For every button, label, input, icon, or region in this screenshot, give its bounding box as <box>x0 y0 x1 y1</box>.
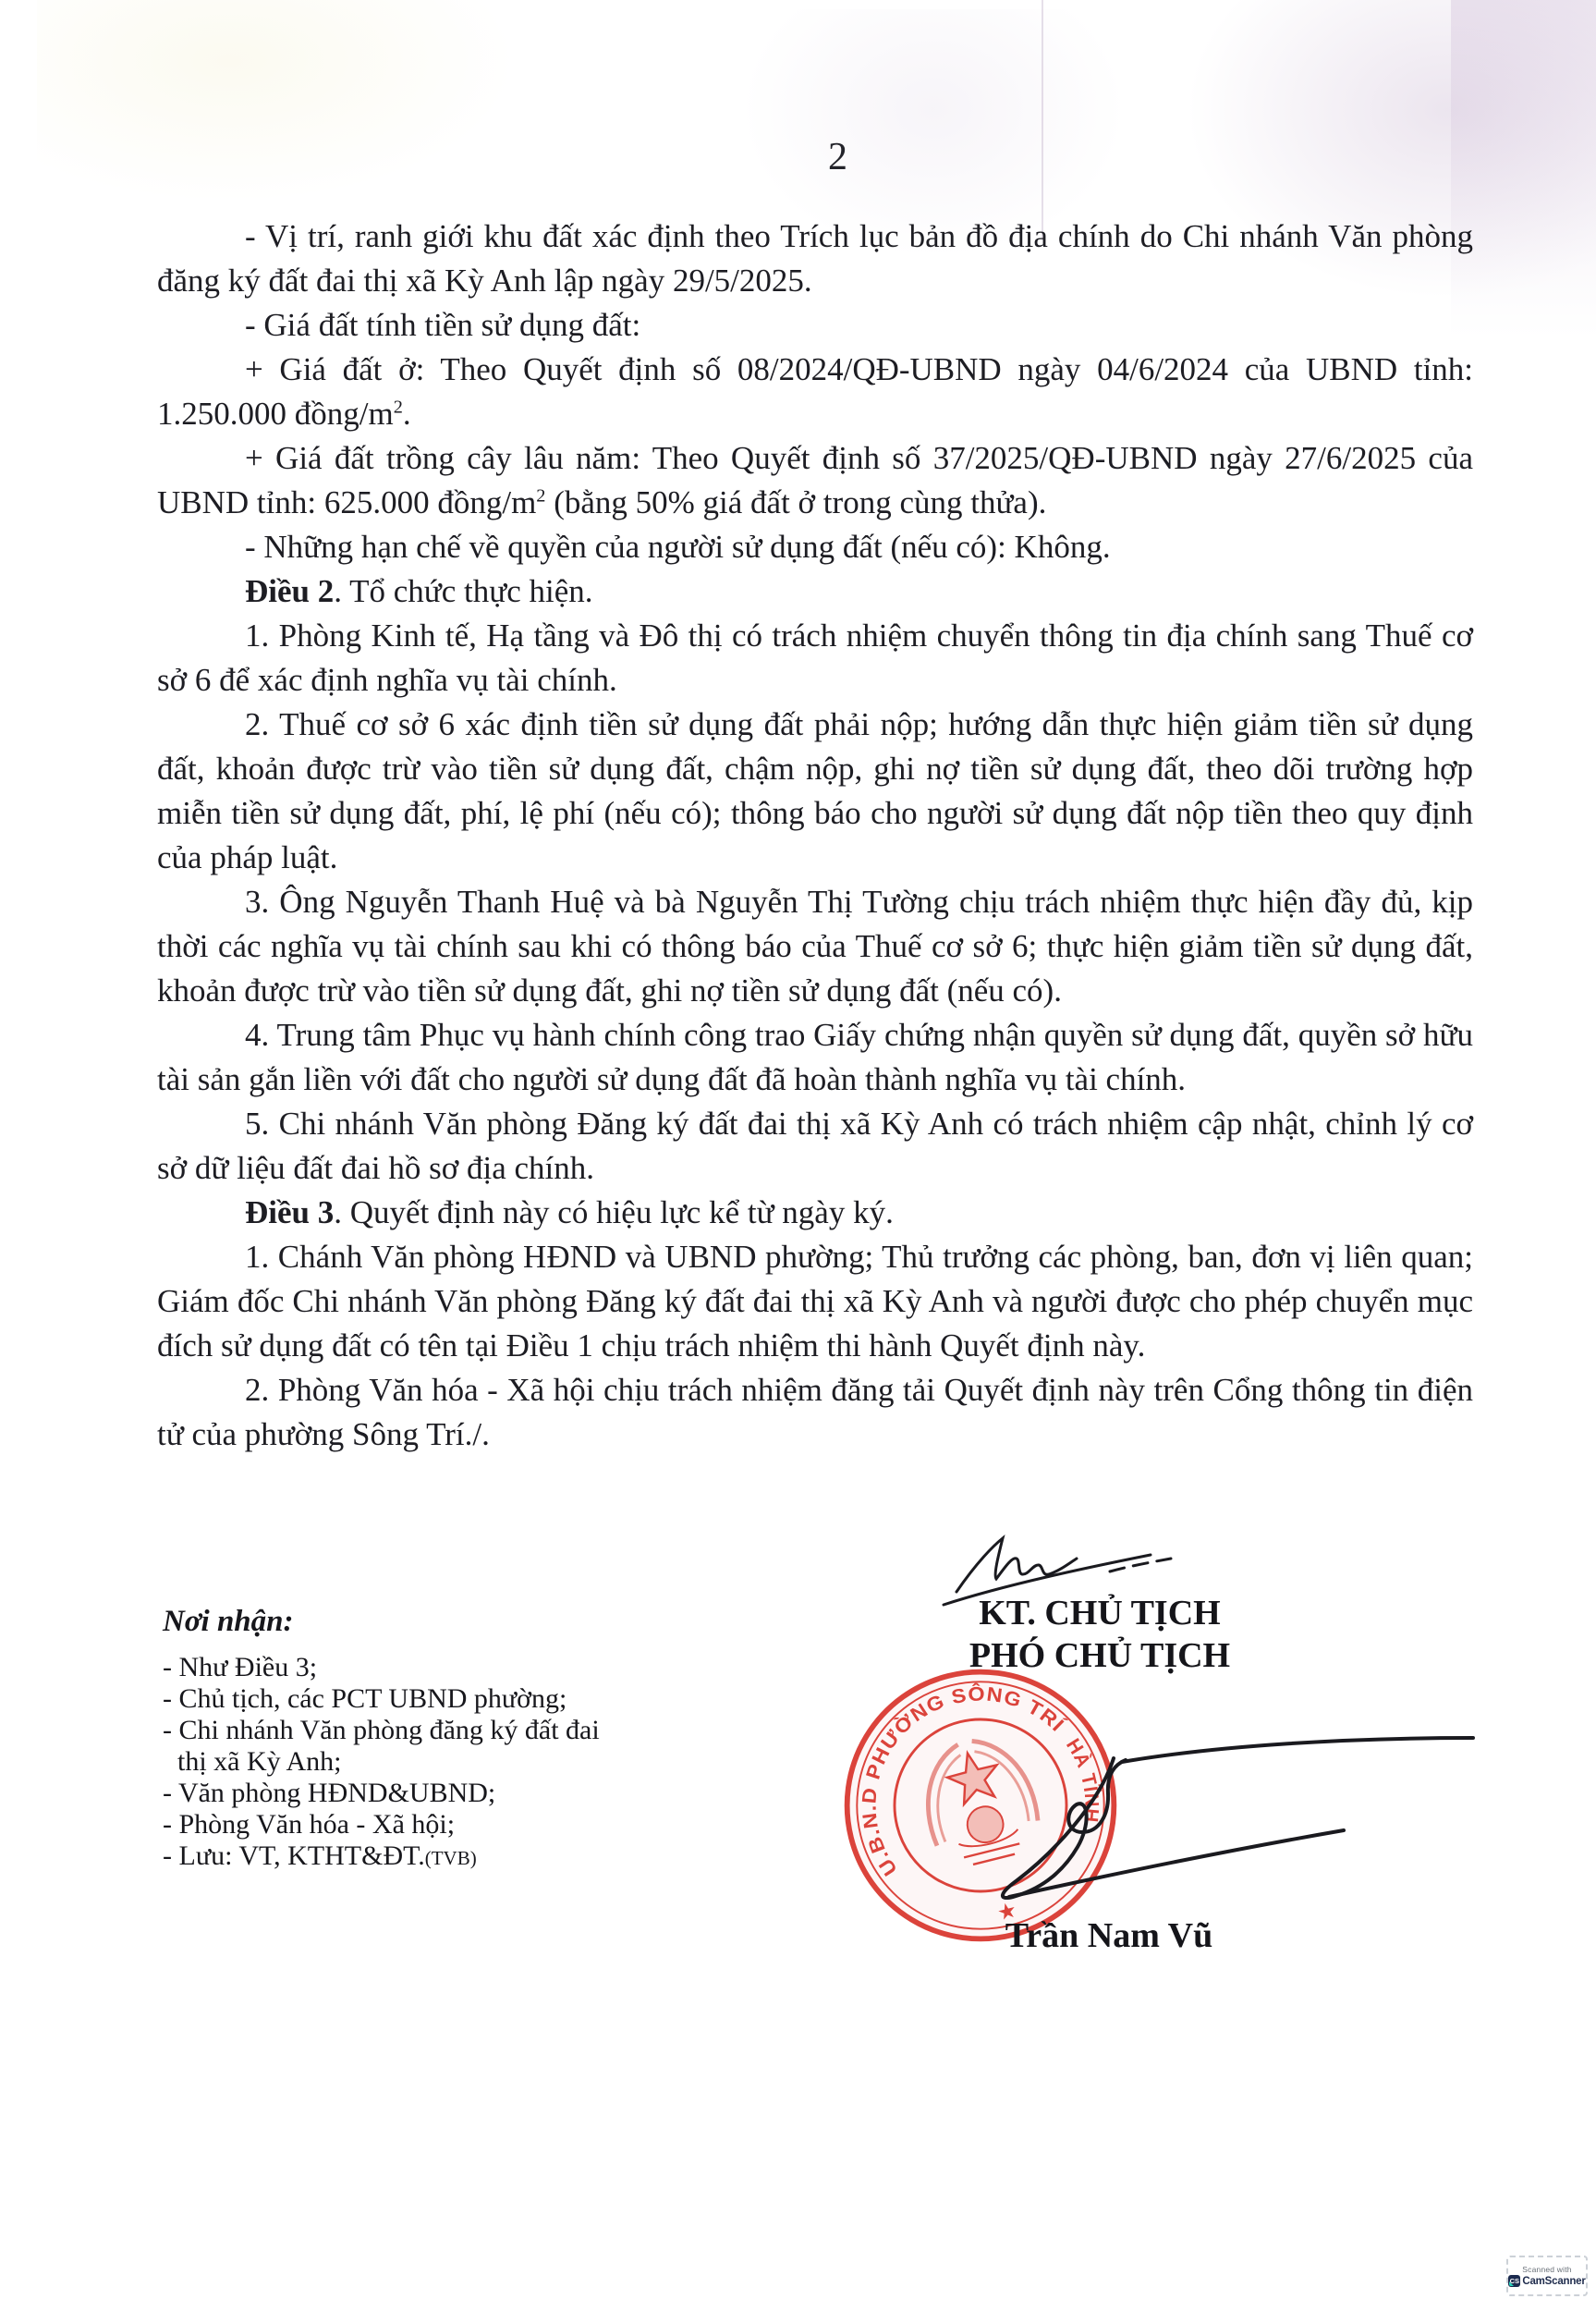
recipient-item: - Chi nhánh Văn phòng đăng ký đất đai <box>163 1715 736 1746</box>
recipients-label: Nơi nhận: <box>163 1605 736 1639</box>
body-paragraph: - Những hạn chế về quyền của người sử dụ… <box>157 525 1473 569</box>
body-paragraph: 2. Phòng Văn hóa - Xã hội chịu trách nhi… <box>157 1368 1473 1457</box>
signature-ink <box>924 1701 1516 1941</box>
recipient-item-suffix: (TVB) <box>425 1847 477 1869</box>
scanned-with-label: Scanned with <box>1522 2265 1571 2274</box>
recipients-list: - Như Điều 3;- Chủ tịch, các PCT UBND ph… <box>163 1652 736 1874</box>
recipient-item: - Lưu: VT, KTHT&ĐT.(TVB) <box>163 1840 736 1874</box>
body-paragraph: 4. Trung tâm Phục vụ hành chính công tra… <box>157 1013 1473 1102</box>
body-paragraph: Điều 3. Quyết định này có hiệu lực kể từ… <box>157 1191 1473 1235</box>
signer-name: Trần Nam Vũ <box>906 1915 1312 1956</box>
scan-noise <box>37 0 518 203</box>
signer-title: PHÓ CHỦ TỊCH <box>915 1634 1285 1677</box>
body-paragraph: - Vị trí, ranh giới khu đất xác định the… <box>157 214 1473 303</box>
body-paragraph: - Giá đất tính tiền sử dụng đất: <box>157 303 1473 348</box>
recipient-item: - Văn phòng HĐND&UBND; <box>163 1778 736 1809</box>
body-paragraph: + Giá đất ở: Theo Quyết định số 08/2024/… <box>157 348 1473 436</box>
body-paragraph: 5. Chi nhánh Văn phòng Đăng ký đất đai t… <box>157 1102 1473 1191</box>
body-paragraph: + Giá đất trồng cây lâu năm: Theo Quyết … <box>157 436 1473 525</box>
camscanner-brand-row: CS CamScanner <box>1508 2275 1585 2287</box>
body-paragraph: 1. Chánh Văn phòng HĐND và UBND phường; … <box>157 1235 1473 1368</box>
recipients-block: Nơi nhận: - Như Điều 3;- Chủ tịch, các P… <box>163 1605 736 1874</box>
page-number: 2 <box>828 135 847 179</box>
recipient-item: - Như Điều 3; <box>163 1652 736 1683</box>
scanned-document-page: 2 - Vị trí, ranh giới khu đất xác định t… <box>0 0 1596 2299</box>
recipient-item: thị xã Kỳ Anh; <box>163 1746 736 1778</box>
body-paragraph: 1. Phòng Kinh tế, Hạ tầng và Đô thị có t… <box>157 614 1473 703</box>
body-paragraph: Điều 2. Tổ chức thực hiện. <box>157 569 1473 614</box>
paraph-initial-ink <box>929 1523 1188 1616</box>
camscanner-icon: CS <box>1508 2275 1520 2287</box>
body-paragraph: 2. Thuế cơ sở 6 xác định tiền sử dụng đấ… <box>157 703 1473 880</box>
scan-noise <box>1042 0 1043 240</box>
camscanner-badge: Scanned with CS CamScanner <box>1506 2256 1588 2296</box>
recipient-item: - Phòng Văn hóa - Xã hội; <box>163 1809 736 1840</box>
camscanner-brand: CamScanner <box>1522 2276 1585 2287</box>
recipient-item: - Chủ tịch, các PCT UBND phường; <box>163 1683 736 1715</box>
document-body: - Vị trí, ranh giới khu đất xác định the… <box>157 214 1473 1457</box>
body-paragraph: 3. Ông Nguyễn Thanh Huệ và bà Nguyễn Thị… <box>157 880 1473 1013</box>
